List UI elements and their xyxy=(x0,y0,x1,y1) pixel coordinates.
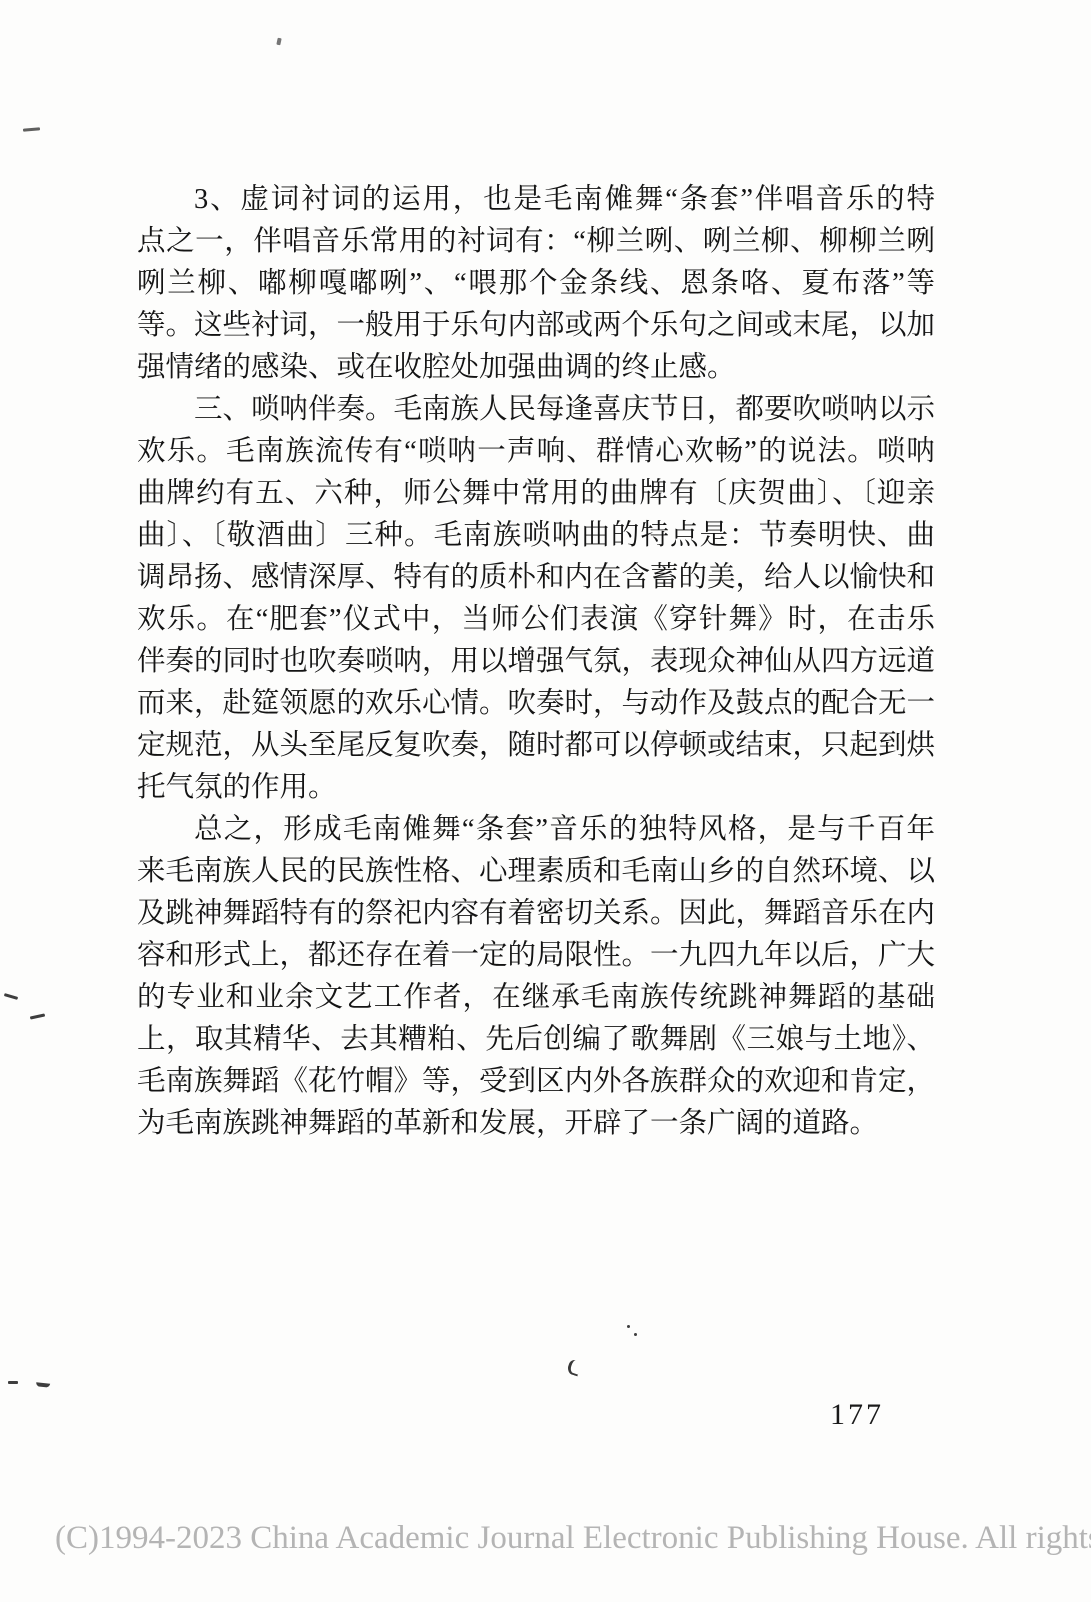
text-line: 咧兰柳、嘟柳嘎嘟咧”、“喂那个金条线、恩条咯、夏布落”等 xyxy=(137,263,935,305)
text-line: 欢乐。毛南族流传有“唢呐一声响、群情心欢畅”的说法。唢呐 xyxy=(137,431,935,473)
text-line: 欢乐。在“肥套”仪式中，当师公们表演《穿针舞》时，在击乐 xyxy=(137,599,935,641)
text-line: 上，取其精华、去其糟粕、先后创编了歌舞剧《三娘与土地》、 xyxy=(137,1019,935,1061)
copyright-watermark: (C)1994-2023 China Academic Journal Elec… xyxy=(55,1520,1091,1557)
text-line: 为毛南族跳神舞蹈的革新和发展，开辟了一条广阔的道路。 xyxy=(137,1103,935,1145)
scan-artifact xyxy=(276,38,281,46)
scan-artifact xyxy=(627,1325,630,1328)
text-line: 托气氛的作用。 xyxy=(137,767,935,809)
text-line: 等。这些衬词，一般用于乐句内部或两个乐句之间或末尾，以加 xyxy=(137,305,935,347)
text-line: 而来，赴筵领愿的欢乐心情。吹奏时，与动作及鼓点的配合无一 xyxy=(137,683,935,725)
text-line: 来毛南族人民的民族性格、心理素质和毛南山乡的自然环境、以 xyxy=(137,851,935,893)
text-line: 曲牌约有五、六种，师公舞中常用的曲牌有〔庆贺曲〕、〔迎亲 xyxy=(137,473,935,515)
scan-artifact xyxy=(8,1381,18,1384)
scan-artifact xyxy=(566,1359,582,1377)
text-line: 点之一，伴唱音乐常用的衬词有：“柳兰咧、咧兰柳、柳柳兰咧 xyxy=(137,221,935,263)
text-line: 的专业和业余文艺工作者，在继承毛南族传统跳神舞蹈的基础 xyxy=(137,977,935,1019)
text-line: 及跳神舞蹈特有的祭祀内容有着密切关系。因此，舞蹈音乐在内 xyxy=(137,893,935,935)
text-line: 容和形式上，都还存在着一定的局限性。一九四九年以后，广大 xyxy=(137,935,935,977)
text-line: 三、唢呐伴奏。毛南族人民每逢喜庆节日，都要吹唢呐以示 xyxy=(137,389,935,431)
text-line: 定规范，从头至尾反复吹奏，随时都可以停顿或结束，只起到烘 xyxy=(137,725,935,767)
scanned-document-page: 3、虚词衬词的运用，也是毛南傩舞“条套”伴唱音乐的特点之一，伴唱音乐常用的衬词有… xyxy=(0,0,1091,1602)
scan-artifact xyxy=(30,1013,45,1019)
text-line: 伴奏的同时也吹奏唢呐，用以增强气氛，表现众神仙从四方远道 xyxy=(137,641,935,683)
text-line: 强情绪的感染、或在收腔处加强曲调的终止感。 xyxy=(137,347,935,389)
scan-artifact xyxy=(634,1333,637,1336)
page-number: 177 xyxy=(830,1398,884,1432)
scan-artifact xyxy=(36,1382,50,1387)
scan-artifact xyxy=(4,993,18,1000)
text-line: 毛南族舞蹈《花竹帽》等，受到区内外各族群众的欢迎和肯定， xyxy=(137,1061,935,1103)
scan-artifact xyxy=(23,127,40,131)
text-line: 3、虚词衬词的运用，也是毛南傩舞“条套”伴唱音乐的特 xyxy=(137,179,935,221)
text-line: 总之，形成毛南傩舞“条套”音乐的独特风格，是与千百年 xyxy=(137,809,935,851)
text-line: 曲〕、〔敬酒曲〕三种。毛南族唢呐曲的特点是：节奏明快、曲 xyxy=(137,515,935,557)
text-line: 调昂扬、感情深厚、特有的质朴和内在含蓄的美，给人以愉快和 xyxy=(137,557,935,599)
body-text: 3、虚词衬词的运用，也是毛南傩舞“条套”伴唱音乐的特点之一，伴唱音乐常用的衬词有… xyxy=(137,179,935,1145)
